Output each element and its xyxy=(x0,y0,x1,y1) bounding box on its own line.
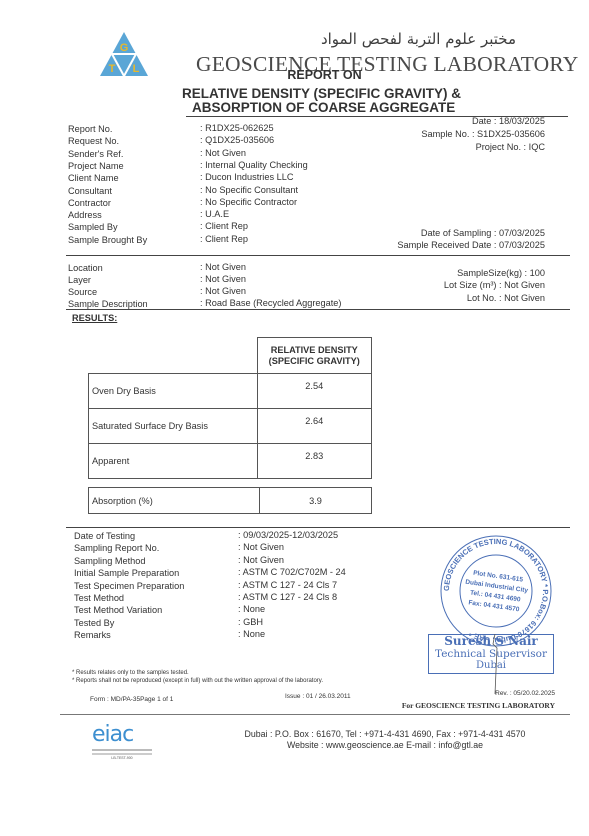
info-field-label: Sampled By xyxy=(68,222,118,233)
test-field-label: Sampling Report No. xyxy=(74,543,159,554)
info-field-label: Sender's Ref. xyxy=(68,149,123,160)
report-title-line1: RELATIVE DENSITY (SPECIFIC GRAVITY) & xyxy=(182,86,461,101)
sample-field-value: : Not Given xyxy=(200,274,246,285)
info-field-label: Sample Brought By xyxy=(68,235,147,246)
info-field-value: : Client Rep xyxy=(200,221,248,232)
info-field-value: : No Specific Contractor xyxy=(200,197,297,208)
test-field-value: : ASTM C 127 - 24 Cls 8 xyxy=(238,592,337,603)
result-label: Oven Dry Basis xyxy=(89,374,258,409)
info-field-value: : Client Rep xyxy=(200,234,248,245)
info-field-label: Request No. xyxy=(68,136,119,147)
result-value: 2.83 xyxy=(257,444,372,479)
test-field-label: Sampling Method xyxy=(74,556,146,567)
info-field-value: : No Specific Consultant xyxy=(200,185,298,196)
test-field-label: Test Method Variation xyxy=(74,605,162,616)
contact-info: Dubai : P.O. Box : 61670, Tel : +971-4-4… xyxy=(200,729,570,751)
results-divider xyxy=(66,527,570,528)
issue-number: Issue : 01 / 26.03.2011 xyxy=(285,693,351,700)
test-field-value: : None xyxy=(238,604,265,615)
table-row: Saturated Surface Dry Basis2.64 xyxy=(89,409,372,444)
absorption-label: Absorption (%) xyxy=(89,488,260,514)
table-row: Absorption (%) 3.9 xyxy=(89,488,372,514)
info-field-value: : Ducon Industries LLC xyxy=(200,172,293,183)
info-field-label: Report No. xyxy=(68,124,112,135)
date-of-sampling: Date of Sampling : 07/03/2025 xyxy=(421,228,545,239)
result-label: Apparent xyxy=(89,444,258,479)
contact-line: Website : www.geoscience.ae E-mail : inf… xyxy=(200,740,570,751)
test-field-label: Test Method xyxy=(74,593,124,604)
info-field-label: Contractor xyxy=(68,198,111,209)
lot-size: Lot Size (m³) : Not Given xyxy=(444,280,545,291)
test-field-value: : ASTM C 127 - 24 Cls 7 xyxy=(238,580,337,591)
absorption-table: Absorption (%) 3.9 xyxy=(88,487,372,514)
sample-field-label: Layer xyxy=(68,275,91,286)
test-field-value: : 09/03/2025-12/03/2025 xyxy=(238,530,338,541)
sample-received-date: Sample Received Date : 07/03/2025 xyxy=(397,240,545,251)
report-on-label: REPORT ON xyxy=(0,68,589,82)
sample-field-value: : Not Given xyxy=(200,262,246,273)
sample-size: SampleSize(kg) : 100 xyxy=(457,268,545,279)
test-field-value: : Not Given xyxy=(238,542,284,553)
sample-field-value: : Road Base (Recycled Aggregate) xyxy=(200,298,341,309)
footer-notes: * Results relates only to the samples te… xyxy=(72,669,323,685)
absorption-value: 3.9 xyxy=(260,488,372,514)
test-field-value: : Not Given xyxy=(238,555,284,566)
lot-no: Lot No. : Not Given xyxy=(467,293,545,304)
test-field-label: Test Specimen Preparation xyxy=(74,581,184,592)
info-field-value: : Q1DX25-035606 xyxy=(200,135,274,146)
info-divider xyxy=(66,255,570,256)
for-lab-label: For GEOSCIENCE TESTING LABORATORY xyxy=(402,701,555,710)
info-field-label: Consultant xyxy=(68,186,112,197)
test-field-label: Initial Sample Preparation xyxy=(74,568,179,579)
result-value: 2.64 xyxy=(257,409,372,444)
results-table: RELATIVE DENSITY(SPECIFIC GRAVITY) Oven … xyxy=(88,337,372,479)
sample-field-label: Location xyxy=(68,263,103,274)
test-field-value: : GBH xyxy=(238,617,263,628)
lab-name-arabic: مختبر علوم التربة لفحص المواد xyxy=(200,30,516,48)
info-field-value: : Internal Quality Checking xyxy=(200,160,308,171)
test-field-value: : ASTM C 702/C702M - 24 xyxy=(238,567,346,578)
sample-field-label: Source xyxy=(68,287,97,298)
report-title-line2: ABSORPTION OF COARSE AGGREGATE xyxy=(192,100,455,115)
lab-stamp-icon: GEOSCIENCE TESTING LABORATORY * P.O.Box:… xyxy=(437,532,555,650)
info-field-label: Address xyxy=(68,210,102,221)
footer-note: * Reports shall not be reproduced (excep… xyxy=(72,677,323,685)
svg-text:G: G xyxy=(120,42,129,54)
test-field-label: Remarks xyxy=(74,630,111,641)
sample-field-value: : Not Given xyxy=(200,286,246,297)
result-value: 2.54 xyxy=(257,374,372,409)
column-header: RELATIVE DENSITY(SPECIFIC GRAVITY) xyxy=(257,338,372,374)
form-number: Form : MD/PA-35Page 1 of 1 xyxy=(90,696,173,703)
info-field-label: Project Name xyxy=(68,161,124,172)
info-field-value: : Not Given xyxy=(200,148,246,159)
info-field-value: : U.A.E xyxy=(200,209,229,220)
project-no: Project No. : IQC xyxy=(476,142,545,153)
test-field-value: : None xyxy=(238,629,265,640)
eiac-logo: eiac LB-TEST-900 xyxy=(92,724,152,760)
report-date: Date : 18/03/2025 xyxy=(472,116,545,127)
table-row: Apparent2.83 xyxy=(89,444,372,479)
footer-divider xyxy=(60,714,570,715)
eiac-logo-text: eiac xyxy=(92,724,152,746)
info-field-value: : R1DX25-062625 xyxy=(200,123,274,134)
revision-number: Rev. : 05/20.02.2025 xyxy=(495,690,555,697)
signature-icon xyxy=(490,634,500,694)
info-field-label: Client Name xyxy=(68,173,119,184)
svg-text:GEOSCIENCE TESTING LABORATORY: GEOSCIENCE TESTING LABORATORY * P.O.Box:… xyxy=(442,537,550,645)
footer-note: * Results relates only to the samples te… xyxy=(72,669,323,677)
sample-divider xyxy=(66,309,570,310)
result-label: Saturated Surface Dry Basis xyxy=(89,409,258,444)
accreditation-number: LB-TEST-900 xyxy=(92,756,152,760)
test-field-label: Tested By xyxy=(74,618,114,629)
sample-no: Sample No. : S1DX25-035606 xyxy=(421,129,545,140)
test-field-label: Date of Testing xyxy=(74,531,135,542)
results-heading: RESULTS: xyxy=(72,313,117,324)
table-row: Oven Dry Basis2.54 xyxy=(89,374,372,409)
contact-line: Dubai : P.O. Box : 61670, Tel : +971-4-4… xyxy=(200,729,570,740)
